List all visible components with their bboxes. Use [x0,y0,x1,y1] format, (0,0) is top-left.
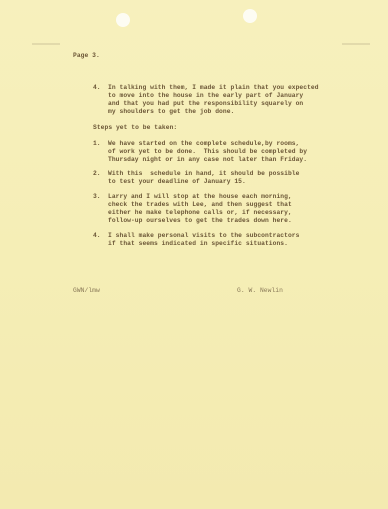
punch-hole [243,9,257,23]
paragraph-line: In talking with them, I made it plain th… [108,84,319,92]
step-line: either he make telephone calls or, if ne… [108,209,292,217]
step-line: I shall make personal visits to the subc… [108,232,299,240]
page-label: Page 3. [73,52,100,60]
step-number: 1. [93,140,101,147]
step-line: of work yet to be done. This should be c… [108,148,307,156]
item-number: 4. [93,84,101,91]
step-line: Thursday night or in any case not later … [108,156,307,164]
faint-mark [32,43,60,45]
step-line: check the trades with Lee, and then sugg… [108,201,292,209]
paragraph-line: to move into the house in the early part… [108,92,303,100]
paragraph-line: and that you had put the responsibility … [108,100,303,108]
step-line: We have started on the complete schedule… [108,140,299,148]
step-number: 2. [93,170,101,177]
signature-name: G. W. Newlin [237,287,283,295]
step-line: Larry and I will stop at the house each … [108,193,292,201]
paragraph-line: my shoulders to get the job done. [108,108,234,116]
step-line: With this schedule in hand, it should be… [108,170,299,178]
punch-hole [116,13,130,27]
step-number: 4. [93,232,101,239]
step-line: to test your deadline of January 15. [108,178,246,186]
faint-mark [342,43,370,45]
step-line: follow-up ourselves to get the trades do… [108,217,292,225]
step-line: if that seems indicated in specific situ… [108,240,288,248]
step-number: 3. [93,193,101,200]
typist-initials: GWN/lmw [73,287,100,295]
steps-heading: Steps yet to be taken: [93,124,177,132]
document-page: Page 3. 4. In talking with them, I made … [0,0,388,509]
